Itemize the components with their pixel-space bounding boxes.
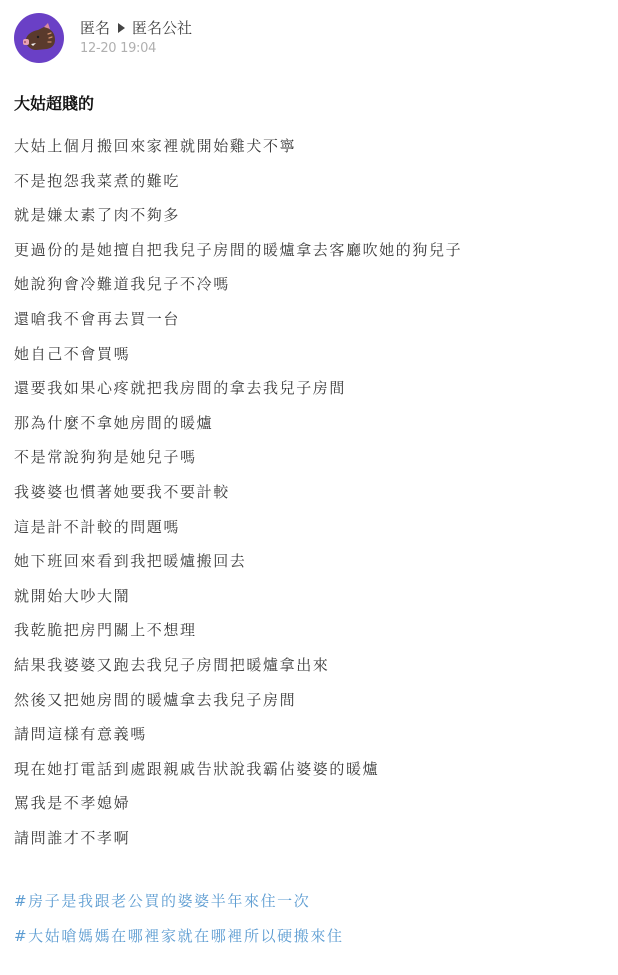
body-line: 大姑上個月搬回來家裡就開始雞犬不寧 [14, 129, 462, 164]
body-line: 請問誰才不孝啊 [14, 821, 462, 856]
body-line: 罵我是不孝媳婦 [14, 786, 462, 821]
body-line: 更過份的是她擅自把我兒子房間的暖爐拿去客廳吹她的狗兒子 [14, 233, 462, 268]
post-timestamp: 12-20 19:04 [80, 41, 192, 57]
body-line: 就開始大吵大鬧 [14, 579, 462, 614]
hashtag-list: #房子是我跟老公買的婆婆半年來住一次 #大姑嗆媽媽在哪裡家就在哪裡所以硬搬來住 [14, 884, 344, 954]
post-header: 匿名 匿名公社 12-20 19:04 [14, 13, 192, 63]
body-line: 我乾脆把房門關上不想理 [14, 613, 462, 648]
author-name[interactable]: 匿名 [80, 18, 110, 38]
body-line: 她下班回來看到我把暖爐搬回去 [14, 544, 462, 579]
body-line: 我婆婆也慣著她要我不要計較 [14, 475, 462, 510]
body-line: 那為什麼不拿她房間的暖爐 [14, 406, 462, 441]
author-line: 匿名 匿名公社 [80, 18, 192, 38]
triangle-right-icon [118, 23, 125, 33]
body-line: 不是抱怨我菜煮的難吃 [14, 164, 462, 199]
body-line: 現在她打電話到處跟親戚告狀說我霸佔婆婆的暖爐 [14, 752, 462, 787]
body-line: 她說狗會冷難道我兒子不冷嗎 [14, 267, 462, 302]
body-line: 還嗆我不會再去買一台 [14, 302, 462, 337]
body-line: 不是常說狗狗是她兒子嗎 [14, 440, 462, 475]
board-link[interactable]: 匿名公社 [132, 18, 192, 38]
body-line: 就是嫌太素了肉不夠多 [14, 198, 462, 233]
body-line: 她自己不會買嗎 [14, 337, 462, 372]
avatar[interactable] [14, 13, 64, 63]
post-title: 大姑超賤的 [14, 93, 94, 115]
body-line: 請問這樣有意義嗎 [14, 717, 462, 752]
post-body: 大姑上個月搬回來家裡就開始雞犬不寧 不是抱怨我菜煮的難吃 就是嫌太素了肉不夠多 … [14, 129, 462, 855]
hashtag-link[interactable]: #大姑嗆媽媽在哪裡家就在哪裡所以硬搬來住 [14, 919, 344, 954]
body-line: 還要我如果心疼就把我房間的拿去我兒子房間 [14, 371, 462, 406]
body-line: 這是計不計較的問題嗎 [14, 510, 462, 545]
body-line: 然後又把她房間的暖爐拿去我兒子房間 [14, 683, 462, 718]
hashtag-link[interactable]: #房子是我跟老公買的婆婆半年來住一次 [14, 884, 344, 919]
body-line: 結果我婆婆又跑去我兒子房間把暖爐拿出來 [14, 648, 462, 683]
boar-icon [14, 13, 64, 63]
post-meta: 匿名 匿名公社 12-20 19:04 [80, 18, 192, 57]
